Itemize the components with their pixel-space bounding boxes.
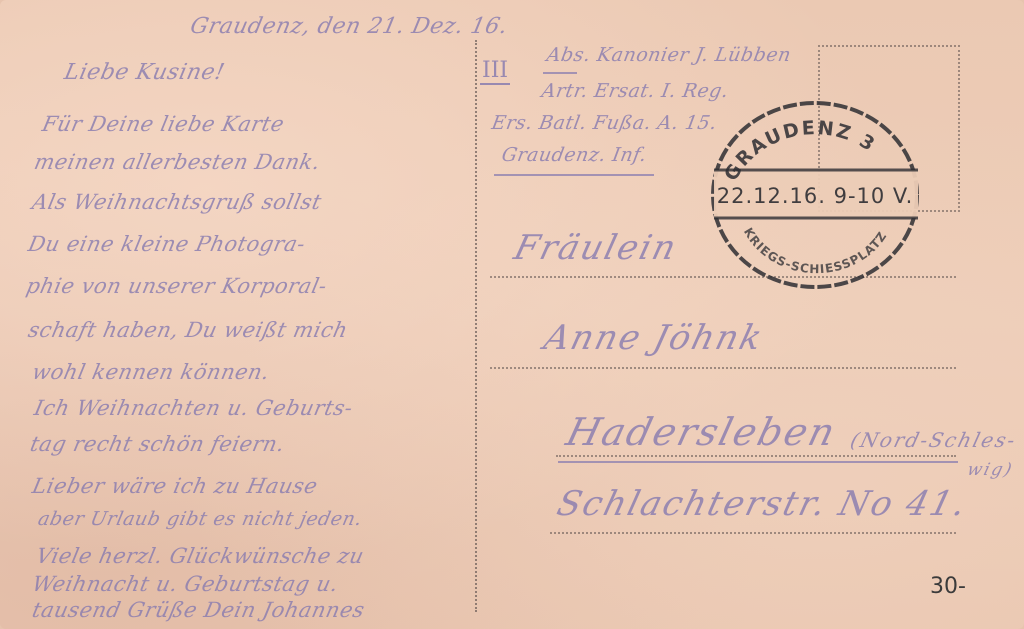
message-line: schaft haben, Du weißt mich xyxy=(26,318,350,342)
price-annotation: 30- xyxy=(930,574,966,599)
message-line: Ich Weihnachten u. Geburts- xyxy=(32,396,355,420)
message-line: meinen allerbesten Dank. xyxy=(32,150,323,174)
message-line: aber Urlaub gibt es nicht jeden. xyxy=(36,508,364,530)
message-line: Viele herzl. Glückwünsche zu xyxy=(34,544,366,568)
postmark: GRAUDENZ 3 22.12.16. 9-10 V. KRIEGS-SCHI… xyxy=(700,95,930,295)
city-underline xyxy=(558,461,958,463)
sender-line: Abs. Kanonier J. Lübben xyxy=(545,44,793,66)
salutation: Liebe Kusine! xyxy=(62,60,227,85)
message-line: Für Deine liebe Karte xyxy=(40,112,287,136)
address-line-4 xyxy=(550,532,956,534)
message-line: Lieber wäre ich zu Hause xyxy=(30,474,320,498)
address-line-2 xyxy=(490,367,956,369)
regiment-mark: III xyxy=(480,58,510,85)
address-street: Schlachterstr. No 41. xyxy=(553,484,972,524)
message-line: Du eine kleine Photogra- xyxy=(26,232,308,256)
address-line-3 xyxy=(556,455,956,457)
address-region: (Nord-Schles- xyxy=(848,428,1019,452)
message-line: Als Weihnachtsgruß sollst xyxy=(30,190,324,214)
address-salutation: Fräulein xyxy=(510,228,682,268)
postmark-datetime: 22.12.16. 9-10 V. xyxy=(717,184,914,208)
address-name: Anne Jöhnk xyxy=(540,318,768,358)
sender-line: Graudenz. Inf. xyxy=(500,144,649,166)
postmark-bottom-text: KRIEGS-SCHIESSPLATZ xyxy=(741,225,890,276)
sender-line: Ers. Batl. Fußa. A. 15. xyxy=(490,112,719,134)
message-line: Weihnacht u. Geburtstag u. xyxy=(30,572,341,596)
center-divider xyxy=(475,40,477,612)
postcard: Graudenz, den 21. Dez. 16. Liebe Kusine!… xyxy=(0,0,1024,629)
address-city: Hadersleben xyxy=(562,410,841,454)
message-line: tag recht schön feiern. xyxy=(28,432,287,456)
sender-underline xyxy=(494,174,654,176)
svg-text:KRIEGS-SCHIESSPLATZ: KRIEGS-SCHIESSPLATZ xyxy=(741,225,890,276)
message-line: wohl kennen können. xyxy=(30,360,272,384)
message-line: phie von unserer Korporal- xyxy=(24,274,329,298)
sender-underline xyxy=(543,72,577,74)
dateline: Graudenz, den 21. Dez. 16. xyxy=(188,14,510,39)
message-line: tausend Grüße Dein Johannes xyxy=(30,598,367,622)
address-region-cont: wig) xyxy=(965,460,1016,480)
